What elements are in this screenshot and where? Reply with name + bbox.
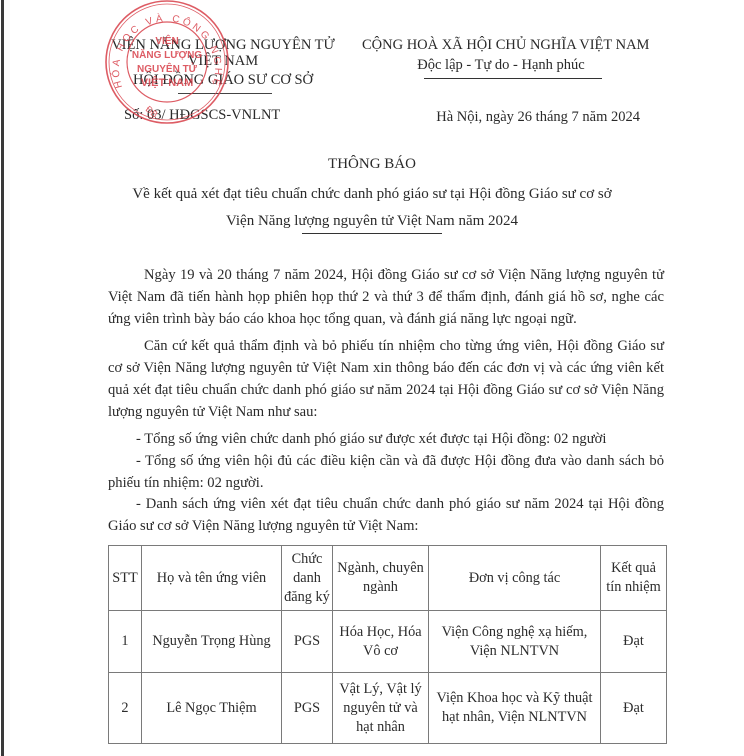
cell-result: Đạt	[601, 673, 667, 744]
document-subtitle-line2: Viện Năng lượng nguyên tử Việt Nam năm 2…	[0, 213, 744, 230]
table-row: 2 Lê Ngọc Thiệm PGS Vật Lý, Vật lý nguyê…	[109, 673, 667, 744]
paragraph-announcement: Căn cứ kết quả thẩm định và bỏ phiếu tín…	[108, 335, 664, 423]
col-header-result: Kết quả tín nhiệm	[601, 546, 667, 611]
cell-title: PGS	[282, 611, 333, 673]
national-motto: Độc lập - Tự do - Hạnh phúc	[362, 56, 640, 75]
document-heading: THÔNG BÁO	[0, 156, 744, 173]
col-header-name: Họ và tên ứng viên	[142, 546, 282, 611]
council-name: HỘI ĐỒNG GIÁO SƯ CƠ SỞ	[104, 71, 342, 90]
paragraph-meeting: Ngày 19 và 20 tháng 7 năm 2024, Hội đồng…	[108, 264, 664, 330]
candidates-table: STT Họ và tên ứng viên Chức danh đăng ký…	[108, 545, 667, 744]
motto-underline	[424, 78, 602, 79]
bullet-candidate-list-intro: - Danh sách ứng viên xét đạt tiêu chuẩn …	[108, 493, 664, 537]
council-underline	[178, 93, 272, 94]
document-number: Số: 03/ HĐGSCS-VNLNT	[124, 106, 280, 125]
col-header-workplace: Đơn vị công tác	[429, 546, 601, 611]
cell-field: Vật Lý, Vật lý nguyên tử và hạt nhân	[333, 673, 429, 744]
bullet-summary-list: - Tổng số ứng viên chức danh phó giáo sư…	[108, 428, 664, 494]
cell-result: Đạt	[601, 611, 667, 673]
bullet-total-candidates: - Tổng số ứng viên chức danh phó giáo sư…	[108, 428, 664, 450]
table-header-row: STT Họ và tên ứng viên Chức danh đăng ký…	[109, 546, 667, 611]
org-name-line2: VIỆT NAM	[104, 52, 342, 71]
col-header-title: Chức danh đăng ký	[282, 546, 333, 611]
cell-name: Lê Ngọc Thiệm	[142, 673, 282, 744]
subtitle-underline	[302, 233, 442, 234]
cell-stt: 1	[109, 611, 142, 673]
table-row: 1 Nguyễn Trọng Hùng PGS Hóa Học, Hóa Vô …	[109, 611, 667, 673]
bullet-eligible-candidates: - Tổng số ứng viên hội đủ các điều kiện …	[108, 450, 664, 494]
cell-field: Hóa Học, Hóa Vô cơ	[333, 611, 429, 673]
cell-name: Nguyễn Trọng Hùng	[142, 611, 282, 673]
col-header-field: Ngành, chuyên ngành	[333, 546, 429, 611]
cell-workplace: Viện Khoa học và Kỹ thuật hạt nhân, Viện…	[429, 673, 601, 744]
place-date: Hà Nội, ngày 26 tháng 7 năm 2024	[400, 108, 640, 127]
cell-workplace: Viện Công nghệ xạ hiếm, Viện NLNTVN	[429, 611, 601, 673]
cell-title: PGS	[282, 673, 333, 744]
cell-stt: 2	[109, 673, 142, 744]
document-subtitle-line1: Về kết quả xét đạt tiêu chuẩn chức danh …	[0, 186, 744, 203]
national-title: CỘNG HOÀ XÃ HỘI CHỦ NGHĨA VIỆT NAM	[362, 36, 640, 55]
col-header-stt: STT	[109, 546, 142, 611]
page-left-edge	[1, 0, 4, 756]
